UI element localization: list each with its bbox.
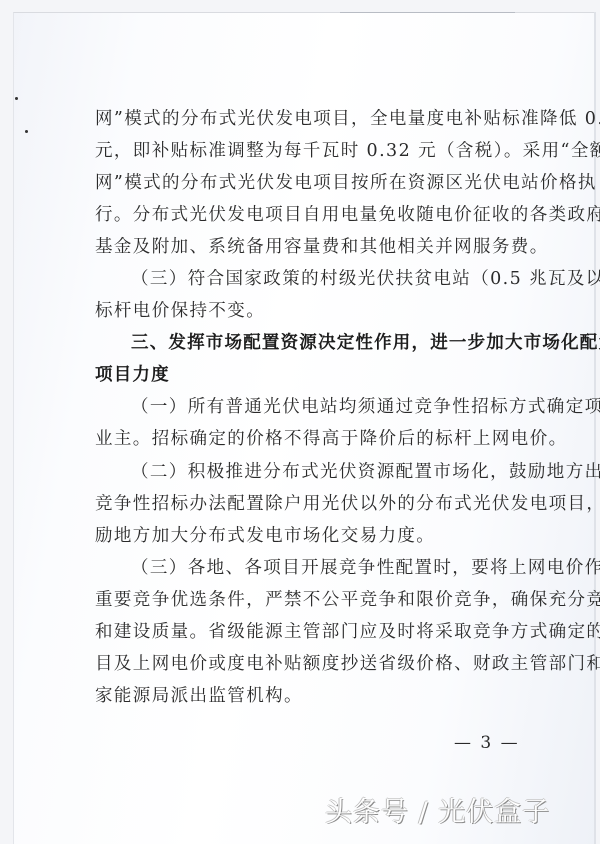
text-line: 家能源局派出监管机构。 [95,680,519,712]
text-line: 基金及附加、系统备用容量费和其他相关并网服务费。 [95,231,519,263]
section-heading-continued: 项目力度 [95,359,519,391]
page-edge [594,12,596,844]
text-line: 元，即补贴标准调整为每千瓦时 0.32 元（含税）。采用“全额上 [95,135,519,167]
paragraph-start-line: （一）所有普通光伏电站均须通过竞争性招标方式确定项目 [95,391,519,423]
text-line: 标杆电价保持不变。 [95,295,519,327]
paragraph-start-line: （三）符合国家政策的村级光伏扶贫电站（0.5 兆瓦及以下） [95,263,519,295]
text-line: 励地方加大分布式发电市场化交易力度。 [95,520,519,552]
scan-artifact-dot [15,97,18,100]
text-line: 网”模式的分布式光伏发电项目，全电量度电补贴标准降低 0.05 [95,103,519,135]
document-body: 网”模式的分布式光伏发电项目，全电量度电补贴标准降低 0.05 元，即补贴标准调… [95,103,519,712]
text-line: 和建设质量。省级能源主管部门应及时将采取竞争方式确定的项 [95,616,519,648]
text-line: 重要竞争优选条件，严禁不公平竞争和限价竞争，确保充分竞争 [95,584,519,616]
text-line: 目及上网电价或度电补贴额度抄送省级价格、财政主管部门和国 [95,648,519,680]
scan-artifact-rule [340,12,515,13]
paragraph-start-line: （三）各地、各项目开展竞争性配置时，要将上网电价作为 [95,552,519,584]
text-line: 竞争性招标办法配置除户用光伏以外的分布式光伏发电项目，鼓 [95,488,519,520]
text-line: 行。分布式光伏发电项目自用电量免收随电价征收的各类政府性 [95,199,519,231]
text-line: 网”模式的分布式光伏发电项目按所在资源区光伏电站价格执 [95,167,519,199]
text-line: 业主。招标确定的价格不得高于降价后的标杆上网电价。 [95,423,519,455]
scan-artifact-dot [25,130,28,133]
watermark: 头条号 / 光伏盒子 [325,790,550,829]
section-heading: 三、发挥市场配置资源决定性作用，进一步加大市场化配置 [95,327,519,359]
page-number: — 3 — [454,733,520,753]
paragraph-start-line: （二）积极推进分布式光伏资源配置市场化，鼓励地方出台 [95,456,519,488]
